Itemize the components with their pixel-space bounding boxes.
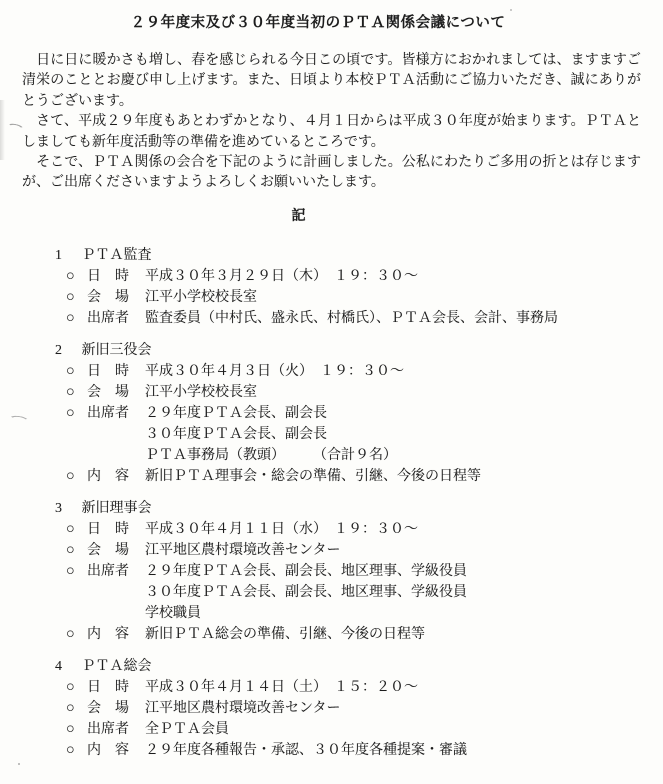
meeting-detail-row: ○ 出席者 ２９年度ＰＴＡ会長、副会長３０年度ＰＴＡ会長、副会長ＰＴＡ事務局（教…: [66, 403, 663, 466]
circle-bullet-icon: ○: [66, 382, 81, 403]
section-number: 3: [55, 498, 62, 519]
meeting-detail-row: ○ 出席者 全ＰＴＡ会員: [66, 719, 663, 740]
circle-bullet-icon: ○: [66, 466, 81, 487]
meeting-detail-row: ○ 内 容 ２９年度各種報告・承認、３０年度各種提案・審議: [66, 740, 663, 761]
detail-value-line: 江平小学校校長室: [145, 287, 257, 308]
meeting-section: 3 新旧理事会 ○ 日 時 平成３０年４月１１日（水） １９：３０～ ○ 会 場…: [0, 498, 663, 645]
section-heading: 2 新旧三役会: [55, 340, 663, 361]
circle-bullet-icon: ○: [66, 540, 81, 561]
detail-value-line: ＰＴＡ事務局（教頭） （合計９名）: [145, 445, 397, 466]
scanned-document-page: ２９年度末及び３０年度当初のＰＴＡ関係会議について 日に日に暖かさも増し、春を感…: [0, 0, 663, 784]
detail-label: 会 場: [87, 382, 131, 403]
detail-value-line: ２９年度ＰＴＡ会長、副会長、地区理事、学級役員: [145, 561, 467, 582]
detail-value: 全ＰＴＡ会員: [145, 719, 229, 740]
circle-bullet-icon: ○: [66, 361, 81, 382]
meeting-detail-row: ○ 会 場 江平地区農村環境改善センター: [66, 540, 663, 561]
meeting-sections: 1 ＰＴＡ監査 ○ 日 時 平成３０年３月２９日（木） １９：３０～ ○ 会 場…: [0, 245, 663, 761]
detail-value-line: 新旧ＰＴＡ理事会・総会の準備、引継、今後の日程等: [145, 466, 481, 487]
detail-label: 日 時: [87, 361, 131, 382]
section-title: 新旧三役会: [82, 343, 152, 358]
section-heading: 3 新旧理事会: [55, 498, 663, 519]
document-title: ２９年度末及び３０年度当初のＰＴＡ関係会議について: [0, 13, 636, 33]
circle-bullet-icon: ○: [66, 266, 81, 287]
detail-label: 出席者: [87, 719, 131, 740]
detail-value: 監査委員（中村氏、盛永氏、村橋氏）、ＰＴＡ会長、会計、事務局: [145, 308, 558, 329]
section-title: ＰＴＡ総会: [82, 659, 152, 674]
meeting-section: 1 ＰＴＡ監査 ○ 日 時 平成３０年３月２９日（木） １９：３０～ ○ 会 場…: [0, 245, 663, 329]
detail-value-line: 平成３０年３月２９日（木） １９：３０～: [145, 266, 418, 287]
circle-bullet-icon: ○: [66, 287, 81, 308]
meeting-detail-row: ○ 日 時 平成３０年４月１４日（土） １５：２０～: [66, 677, 663, 698]
request-paragraph: そこで、ＰＴＡ関係の会合を下記のように計画しました。公私にわたりご多用の折とは存…: [22, 153, 641, 194]
circle-bullet-icon: ○: [66, 403, 81, 424]
detail-value-line: 平成３０年４月１４日（土） １５：２０～: [145, 677, 418, 698]
section-heading: 1 ＰＴＡ監査: [55, 245, 663, 266]
meeting-section: 2 新旧三役会 ○ 日 時 平成３０年４月３日（火） １９：３０～ ○ 会 場 …: [0, 340, 663, 487]
circle-bullet-icon: ○: [66, 308, 81, 329]
detail-value-line: ２９年度各種報告・承認、３０年度各種提案・審議: [145, 740, 467, 761]
detail-label: 会 場: [87, 540, 131, 561]
detail-value-line: 江平地区農村環境改善センター: [145, 698, 340, 719]
detail-value-line: ２９年度ＰＴＡ会長、副会長: [145, 403, 397, 424]
circle-bullet-icon: ○: [66, 624, 81, 645]
detail-value-line: 監査委員（中村氏、盛永氏、村橋氏）、ＰＴＡ会長、会計、事務局: [145, 308, 558, 329]
detail-label: 日 時: [87, 519, 131, 540]
circle-bullet-icon: ○: [66, 519, 81, 540]
section-title: ＰＴＡ監査: [82, 248, 152, 263]
section-title: 新旧理事会: [82, 501, 152, 516]
meeting-detail-row: ○ 内 容 新旧ＰＴＡ理事会・総会の準備、引継、今後の日程等: [66, 466, 663, 487]
circle-bullet-icon: ○: [66, 698, 81, 719]
circle-bullet-icon: ○: [66, 719, 81, 740]
detail-label: 出席者: [87, 561, 131, 582]
detail-value-line: ３０年度ＰＴＡ会長、副会長: [145, 424, 397, 445]
detail-label: 日 時: [87, 677, 131, 698]
detail-label: 内 容: [87, 740, 131, 761]
detail-label: 内 容: [87, 624, 131, 645]
greeting-paragraph: 日に日に暖かさも増し、春を感じられる今日この頃です。皆様方におかれましては、ます…: [22, 51, 641, 112]
meeting-detail-row: ○ 出席者 監査委員（中村氏、盛永氏、村橋氏）、ＰＴＡ会長、会計、事務局: [66, 308, 663, 329]
detail-value-line: 江平小学校校長室: [145, 382, 257, 403]
detail-value: 江平地区農村環境改善センター: [145, 540, 340, 561]
record-marker: 記: [0, 207, 597, 227]
detail-value: 江平小学校校長室: [145, 287, 257, 308]
meeting-detail-row: ○ 日 時 平成３０年３月２９日（木） １９：３０～: [66, 266, 663, 287]
detail-label: 会 場: [87, 698, 131, 719]
meeting-detail-row: ○ 出席者 ２９年度ＰＴＡ会長、副会長、地区理事、学級役員３０年度ＰＴＡ会長、副…: [66, 561, 663, 624]
detail-label: 会 場: [87, 287, 131, 308]
detail-label: 日 時: [87, 266, 131, 287]
section-number: 1: [55, 245, 62, 266]
detail-value-line: 新旧ＰＴＡ総会の準備、引継、今後の日程等: [145, 624, 425, 645]
fiscal-year-paragraph: さて、平成２９年度もあとわずかとなり、４月１日からは平成３０年度が始まります。Ｐ…: [22, 112, 641, 153]
scan-speck: [18, 763, 20, 765]
meeting-detail-row: ○ 内 容 新旧ＰＴＡ総会の準備、引継、今後の日程等: [66, 624, 663, 645]
detail-value-line: 平成３０年４月１１日（水） １９：３０～: [145, 519, 418, 540]
detail-value: 新旧ＰＴＡ理事会・総会の準備、引継、今後の日程等: [145, 466, 481, 487]
meeting-detail-row: ○ 日 時 平成３０年４月３日（火） １９：３０～: [66, 361, 663, 382]
detail-value: ２９年度ＰＴＡ会長、副会長３０年度ＰＴＡ会長、副会長ＰＴＡ事務局（教頭） （合計…: [145, 403, 397, 466]
detail-value-line: ３０年度ＰＴＡ会長、副会長、地区理事、学級役員: [145, 582, 467, 603]
section-number: 2: [55, 340, 62, 361]
detail-label: 出席者: [87, 403, 131, 424]
meeting-detail-row: ○ 会 場 江平小学校校長室: [66, 287, 663, 308]
section-heading: 4 ＰＴＡ総会: [55, 656, 663, 677]
detail-value-line: 全ＰＴＡ会員: [145, 719, 229, 740]
detail-value: ２９年度各種報告・承認、３０年度各種提案・審議: [145, 740, 467, 761]
section-number: 4: [55, 656, 62, 677]
detail-label: 内 容: [87, 466, 131, 487]
meeting-detail-row: ○ 会 場 江平地区農村環境改善センター: [66, 698, 663, 719]
circle-bullet-icon: ○: [66, 677, 81, 698]
detail-value-line: 学校職員: [145, 603, 467, 624]
circle-bullet-icon: ○: [66, 561, 81, 582]
detail-value: 新旧ＰＴＡ総会の準備、引継、今後の日程等: [145, 624, 425, 645]
detail-value: 平成３０年３月２９日（木） １９：３０～: [145, 266, 418, 287]
detail-value: 江平地区農村環境改善センター: [145, 698, 340, 719]
meeting-section: 4 ＰＴＡ総会 ○ 日 時 平成３０年４月１４日（土） １５：２０～ ○ 会 場…: [0, 656, 663, 761]
opening-paragraphs: 日に日に暖かさも増し、春を感じられる今日この頃です。皆様方におかれましては、ます…: [22, 51, 641, 194]
meeting-detail-row: ○ 日 時 平成３０年４月１１日（水） １９：３０～: [66, 519, 663, 540]
detail-value: 江平小学校校長室: [145, 382, 257, 403]
scan-speck: [510, 9, 512, 11]
meeting-detail-row: ○ 会 場 江平小学校校長室: [66, 382, 663, 403]
circle-bullet-icon: ○: [66, 740, 81, 761]
detail-value: 平成３０年４月１１日（水） １９：３０～: [145, 519, 418, 540]
detail-value-line: 平成３０年４月３日（火） １９：３０～: [145, 361, 404, 382]
detail-label: 出席者: [87, 308, 131, 329]
detail-value: 平成３０年４月３日（火） １９：３０～: [145, 361, 404, 382]
detail-value-line: 江平地区農村環境改善センター: [145, 540, 340, 561]
detail-value: ２９年度ＰＴＡ会長、副会長、地区理事、学級役員３０年度ＰＴＡ会長、副会長、地区理…: [145, 561, 467, 624]
detail-value: 平成３０年４月１４日（土） １５：２０～: [145, 677, 418, 698]
